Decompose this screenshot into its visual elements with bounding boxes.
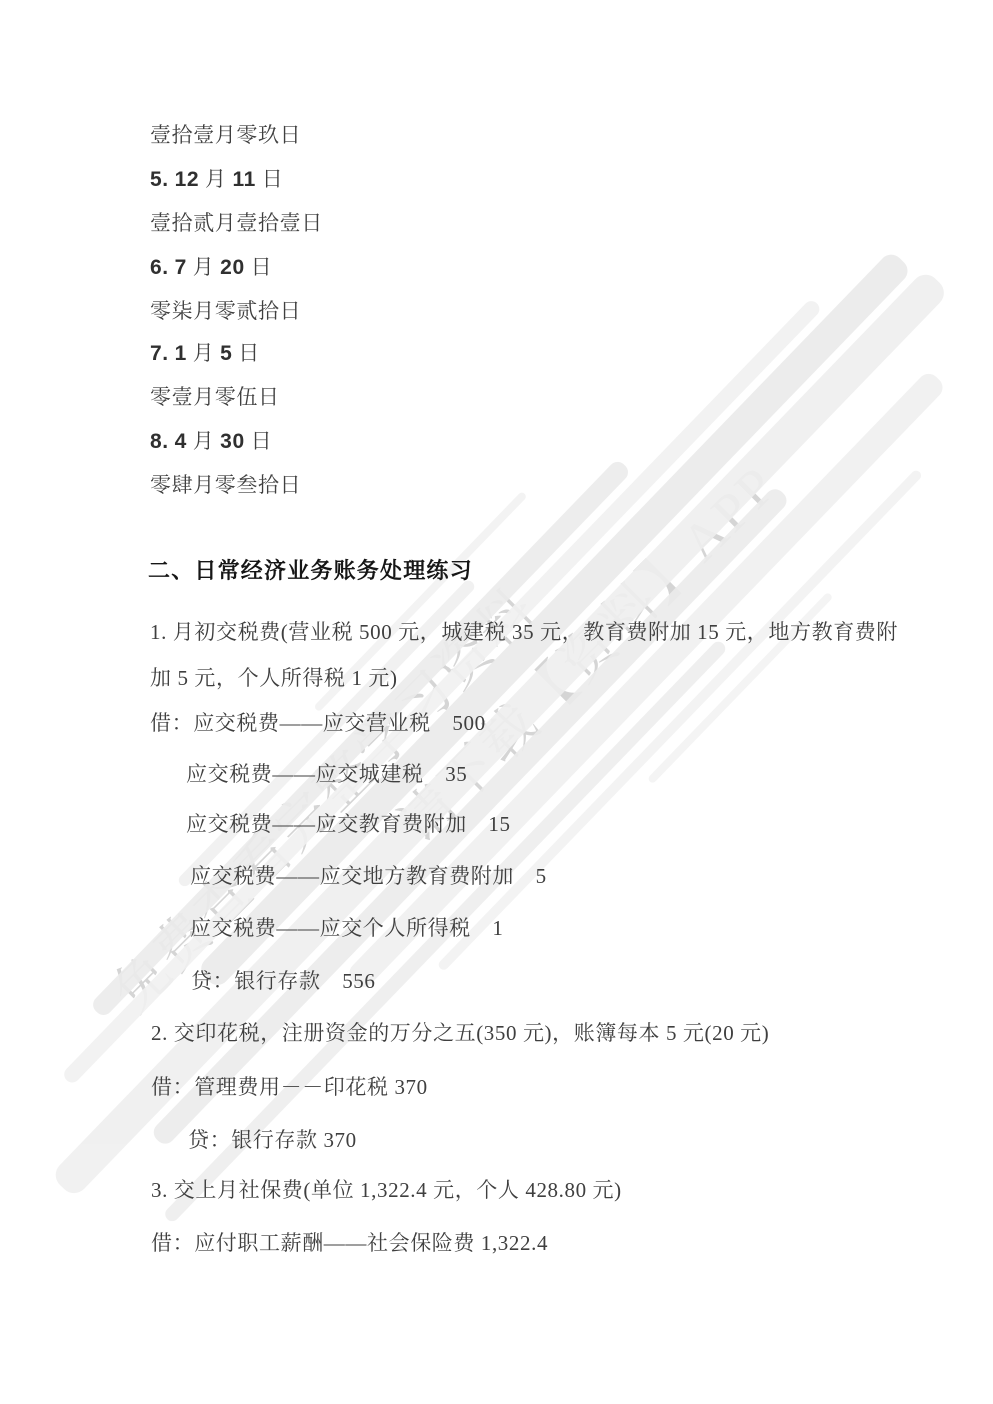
problem-2-text: 2. 交印花税，注册资金的万分之五(350 元)，账簿每本 5 元(20 元): [151, 1021, 769, 1045]
question-date-7: 7. 1 月 5 日: [150, 341, 260, 366]
problem-1-text-cont: 加 5 元，个人所得税 1 元): [150, 666, 398, 690]
entry-1-debit-2: 应交税费——应交城建税 35: [186, 762, 467, 786]
entry-1-credit: 贷：银行存款 556: [191, 969, 376, 993]
document-page: 免费查看完整学习资料 请下载【资料】APP 壹拾壹月零玖日5. 12 月 11 …: [0, 0, 993, 1404]
answer-date-6: 零柒月零贰拾日: [150, 299, 301, 323]
question-date-8: 8. 4 月 30 日: [150, 429, 272, 454]
document-content: 壹拾壹月零玖日5. 12 月 11 日壹拾贰月壹拾壹日6. 7 月 20 日零柒…: [0, 0, 993, 1404]
question-date-5: 5. 12 月 11 日: [150, 167, 283, 192]
entry-1-debit-1: 借：应交税费——应交营业税 500: [150, 711, 486, 735]
question-date-6: 6. 7 月 20 日: [150, 255, 272, 280]
entry-1-debit-4: 应交税费——应交地方教育费附加 5: [190, 864, 547, 888]
entry-3-debit: 借：应付职工薪酬——社会保险费 1,322.4: [151, 1231, 548, 1255]
problem-3-text: 3. 交上月社保费(单位 1,322.4 元，个人 428.80 元): [151, 1178, 622, 1202]
entry-2-debit: 借：管理费用－－印花税 370: [151, 1075, 428, 1099]
section-heading: 二、日常经济业务账务处理练习: [148, 559, 473, 583]
answer-date-5: 壹拾贰月壹拾壹日: [150, 211, 323, 235]
entry-2-credit: 贷：银行存款 370: [188, 1128, 357, 1152]
answer-date-4: 壹拾壹月零玖日: [150, 123, 301, 147]
problem-1-text: 1. 月初交税费(营业税 500 元，城建税 35 元，教育费附加 15 元，地…: [150, 620, 898, 644]
answer-date-8: 零肆月零叁拾日: [150, 473, 301, 497]
entry-1-debit-3: 应交税费——应交教育费附加 15: [186, 812, 511, 836]
entry-1-debit-5: 应交税费——应交个人所得税 1: [190, 916, 504, 940]
answer-date-7: 零壹月零伍日: [150, 385, 280, 409]
